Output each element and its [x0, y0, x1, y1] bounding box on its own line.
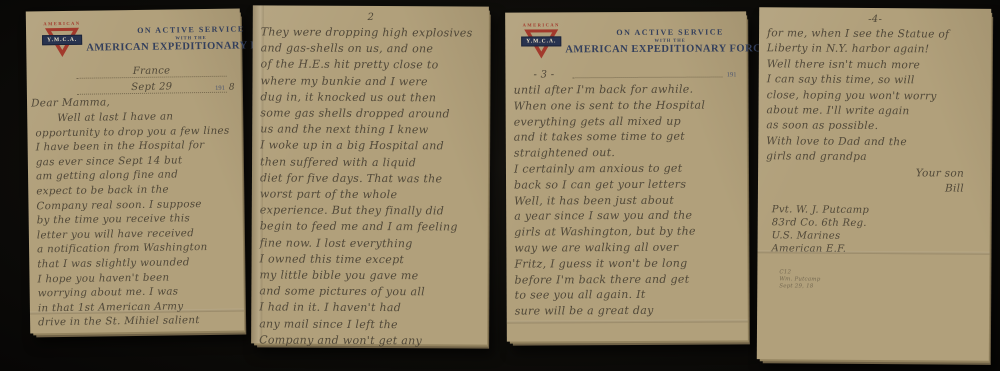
handwritten-line: I had in it. I haven't had: [259, 300, 483, 317]
ymca-logo-american-text: AMERICAN: [517, 22, 565, 27]
dotted-date-line: [572, 76, 722, 78]
page-1-body: Well at last I have anopportunity to dro…: [27, 107, 244, 331]
handwritten-line: Sept 29, 18: [779, 283, 989, 291]
handwritten-line: of the H.E.s hit pretty close to: [261, 57, 485, 74]
handwritten-line: 83rd Co. 6th Reg.: [772, 216, 990, 231]
handwritten-line: fine now. I lost everything: [260, 235, 484, 252]
handwritten-line: diet for five days. That was the: [260, 170, 484, 187]
handwritten-line: Pvt. W. J. Putcamp: [772, 203, 990, 218]
handwritten-line: and it takes some time to get: [514, 129, 743, 146]
page-number: 2: [253, 5, 489, 23]
handwritten-year-suffix: 8: [229, 83, 235, 93]
handwritten-line: a year since I saw you and the: [514, 208, 743, 225]
letterhead-text: ON ACTIVE SERVICE WITH THE AMERICAN EXPE…: [565, 21, 775, 55]
page-number: -4-: [759, 7, 991, 26]
ymca-logo-icon: AMERICAN Y.M.C.A.: [38, 21, 87, 64]
date-line: Sept 29 191 8: [77, 77, 227, 95]
handwritten-line: American E.F.: [772, 242, 990, 257]
ymca-logo-icon: AMERICAN Y.M.C.A.: [517, 22, 565, 64]
handwritten-line: and some pictures of you all: [259, 284, 483, 301]
handwritten-line: to see you all again. It: [515, 287, 744, 304]
signature-block: Your sonBill: [758, 165, 990, 197]
printed-year-prefix: 191: [215, 85, 225, 92]
handwritten-line: Well there isn't much more: [767, 57, 987, 74]
handwritten-line: Liberty in N.Y. harbor again!: [767, 42, 987, 59]
handwritten-line: girls at Washington, but by the: [514, 224, 743, 241]
handwritten-line: Bill: [758, 180, 964, 196]
letterhead: AMERICAN Y.M.C.A. ON ACTIVE SERVICE WITH…: [26, 9, 241, 64]
handwritten-line: us and the next thing I knew: [260, 122, 484, 139]
handwritten-date: Sept 29: [131, 81, 172, 93]
ymca-logo-bar: Y.M.C.A.: [42, 35, 82, 46]
page-4-body: for me, when I see the Statue ofLiberty …: [758, 24, 991, 166]
handwritten-line: Your son: [758, 165, 964, 181]
handwritten-line: dug in, it knocked us out then: [260, 89, 484, 106]
handwritten-line: until after I'm back for awhile.: [514, 81, 743, 98]
handwritten-line: With love to Dad and the: [766, 134, 986, 151]
letterhead-line1: ON ACTIVE SERVICE: [565, 27, 775, 37]
letter-page-4: -4- for me, when I see the Statue ofLibe…: [757, 7, 991, 361]
handwritten-line: I owned this time except: [260, 251, 484, 268]
handwritten-line: When one is sent to the Hospital: [514, 97, 743, 114]
handwritten-page-number: - 3 -: [533, 69, 554, 80]
dateline-area: - 3 - 191: [505, 63, 746, 80]
handwritten-line: for me, when I see the Statue of: [767, 26, 987, 43]
handwritten-line: worst part of the whole: [260, 186, 484, 203]
letterhead-line3: AMERICAN EXPEDITIONARY FORCES: [565, 43, 775, 55]
handwritten-line: drive in the St. Mihiel salient: [38, 313, 240, 330]
handwritten-line: I certainly am anxious to get: [514, 160, 743, 177]
fold-crease: [507, 319, 748, 323]
handwritten-line: They were dropping high explosives: [261, 24, 485, 41]
handwritten-line: begin to feed me and I am feeling: [260, 219, 484, 236]
handwritten-line: straightened out.: [514, 145, 743, 162]
ymca-logo-american-text: AMERICAN: [38, 21, 86, 27]
handwritten-line: Well, it has been just about: [514, 192, 743, 209]
dateline-area: France Sept 29 191 8: [76, 61, 226, 95]
handwritten-line: before I'm back there and get: [514, 271, 743, 288]
handwritten-line: everything gets all mixed up: [514, 113, 743, 130]
handwritten-line: about me. I'll write again: [766, 103, 986, 120]
letter-page-3: AMERICAN Y.M.C.A. ON ACTIVE SERVICE WITH…: [505, 11, 748, 341]
printed-year-prefix: 191: [727, 71, 737, 78]
handwritten-line: my little bible you gave me: [259, 267, 483, 284]
ymca-logo-bar: Y.M.C.A.: [521, 36, 561, 46]
page-3-body: until after I'm back for awhile.When one…: [505, 79, 747, 319]
scanned-letter-background: AMERICAN Y.M.C.A. ON ACTIVE SERVICE WITH…: [0, 0, 1000, 371]
handwritten-line: some gas shells dropped around: [260, 105, 484, 122]
handwritten-line: any mail since I left the: [259, 316, 483, 333]
handwritten-line: Company and won't get any: [259, 332, 483, 349]
letterhead: AMERICAN Y.M.C.A. ON ACTIVE SERVICE WITH…: [505, 11, 746, 64]
handwritten-place: France: [133, 65, 171, 77]
handwritten-line: way we are walking all over: [514, 239, 743, 256]
page-2-body: They were dropping high explosivesand ga…: [251, 22, 489, 349]
handwritten-line: close, hoping you won't worry: [767, 88, 987, 105]
handwritten-line: opportunity to drop you a few lines: [35, 123, 237, 140]
letter-page-1: AMERICAN Y.M.C.A. ON ACTIVE SERVICE WITH…: [26, 9, 244, 334]
handwritten-line: sure will be a great day: [515, 303, 744, 320]
handwritten-line: as soon as possible.: [766, 119, 986, 136]
handwritten-line: Fritz, I guess it won't be long: [514, 255, 743, 272]
letter-page-2: 2 They were dropping high explosivesand …: [251, 5, 489, 344]
handwritten-line: experience. But they finally did: [260, 203, 484, 220]
archival-annotations: C12Wm. PutcampSept 29, 18: [757, 255, 989, 292]
handwritten-line: back so I can get your letters: [514, 176, 743, 193]
handwritten-line: I woke up in a big Hospital and: [260, 138, 484, 155]
handwritten-line: then suffered with a liquid: [260, 154, 484, 171]
handwritten-line: and gas-shells on us, and one: [261, 41, 485, 58]
return-address-block: Pvt. W. J. Putcamp83rd Co. 6th Reg.U.S. …: [758, 195, 990, 257]
handwritten-line: girls and grandpa: [766, 149, 986, 166]
handwritten-line: U.S. Marines: [772, 229, 990, 244]
handwritten-line: where my bunkie and I were: [260, 73, 484, 90]
handwritten-line: I can say this time, so will: [767, 72, 987, 89]
